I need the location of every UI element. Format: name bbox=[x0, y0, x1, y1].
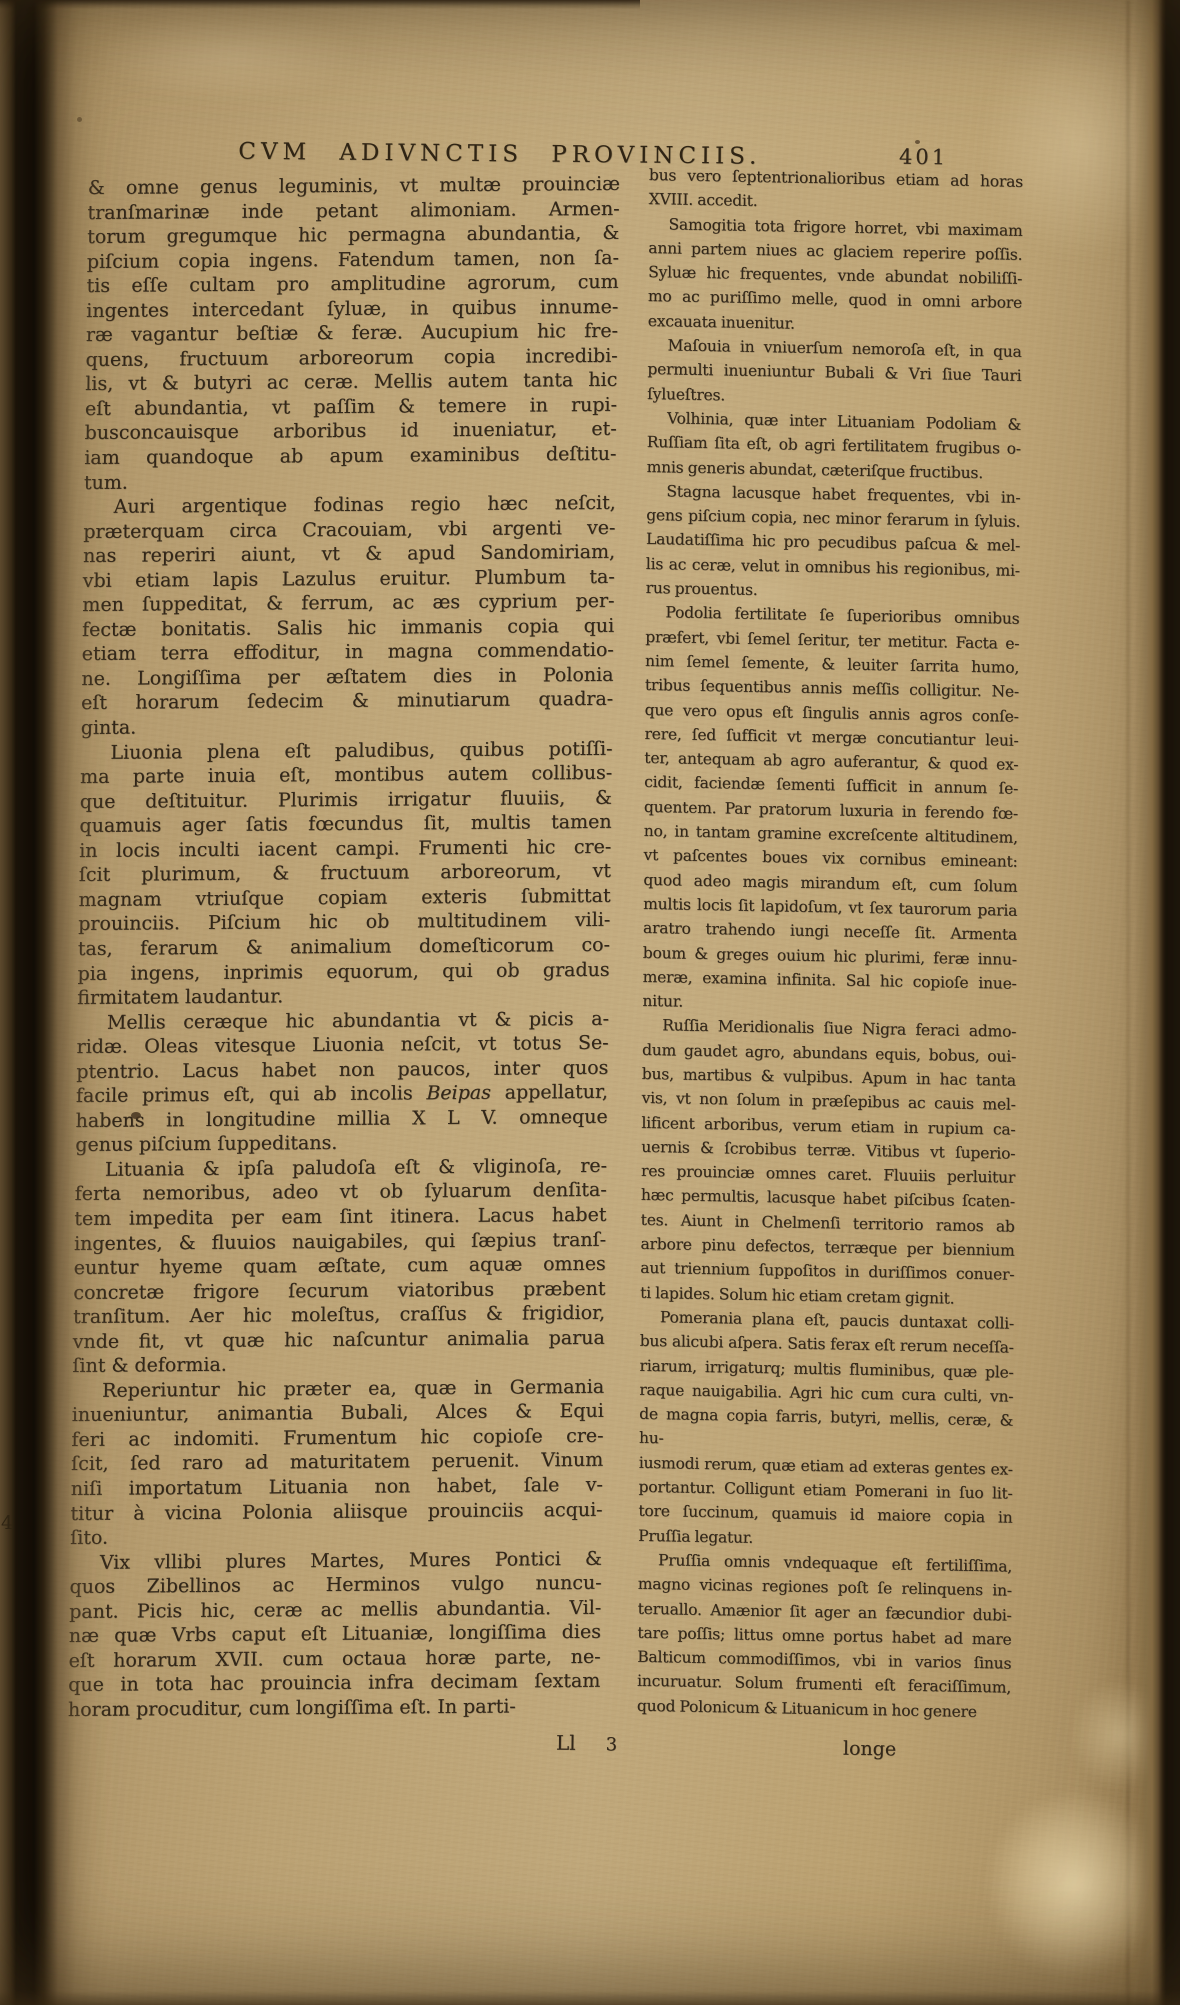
book-page: CVM ADIVNCTIS PROVINCIIS. 401 & omne gen… bbox=[0, 0, 1180, 2005]
paragraph: Samogitia tota frigore horret, vbi maxim… bbox=[648, 212, 1023, 340]
signature-number: 3 bbox=[606, 1734, 618, 1755]
text-line: Auri argentique fodinas regio hæc neſcit… bbox=[84, 491, 616, 520]
ink-fleck bbox=[915, 140, 920, 144]
paragraph: Maſouia in vniuerſum nemoroſa eſt, in qu… bbox=[647, 333, 1022, 413]
paragraph: Liuonia plena eſt paludibus, quibus poti… bbox=[77, 736, 613, 1010]
ink-fleck bbox=[77, 117, 82, 122]
text-line: ma parte inuia eſt, montibus autem colli… bbox=[80, 761, 612, 790]
paragraph: Pomerania plana eſt, paucis duntaxat col… bbox=[638, 1305, 1014, 1555]
text-line: euntur hyeme quam æſtate, cum aquæ omnes bbox=[74, 1252, 606, 1281]
paper-stain bbox=[95, 8, 365, 103]
text-line: iam quandoque ab apum examinibus deſtitu… bbox=[84, 442, 616, 471]
text-line: habens in longitudine millia X L V. omne… bbox=[75, 1105, 607, 1134]
text-line: niſi importatum Lituania non habet, ſale… bbox=[71, 1473, 603, 1502]
text-line: torum gregumque hic permagna abundantia,… bbox=[87, 221, 619, 250]
paragraph: Ruſſia Meridionalis ſiue Nigra feraci ad… bbox=[640, 1013, 1016, 1311]
text-line: & omne genus leguminis, vt multæ prouinc… bbox=[88, 172, 620, 201]
paragraph: Pruſſia omnis vndequaque eſt fertiliſſim… bbox=[637, 1548, 1012, 1725]
paragraph: Podolia fertilitate ſe ſuperioribus omni… bbox=[642, 600, 1019, 1020]
text-line: vnde fit, vt quæ hic naſcuntur animalia … bbox=[73, 1325, 605, 1354]
text-column-right: bus vero ſeptentrionalioribus etiam ad h… bbox=[637, 163, 1023, 1725]
text-line: tas, ferarum & animalium domeſticorum co… bbox=[78, 933, 610, 962]
page-crease bbox=[1126, 0, 1130, 2005]
text-line: tranſitum. Aer hic moleſtus, craſſus & f… bbox=[73, 1301, 605, 1330]
paragraph: Reperiuntur hic præter ea, quæ in German… bbox=[70, 1375, 604, 1551]
photo-frame: CVM ADIVNCTIS PROVINCIIS. 401 & omne gen… bbox=[0, 0, 1180, 2005]
text-line: horam procuditur, cum longiſſima eſt. In… bbox=[68, 1694, 600, 1723]
text-line: de magna copia farris, butyri, mellis, c… bbox=[639, 1402, 1013, 1457]
catchword: longe bbox=[843, 1738, 897, 1761]
paper-stain bbox=[1070, 1680, 1170, 1790]
paragraph: Volhinia, quæ inter Lituaniam Podoliam &… bbox=[647, 406, 1022, 486]
paragraph: bus vero ſeptentrionalioribus etiam ad h… bbox=[649, 163, 1023, 218]
signature-mark: Ll3 bbox=[556, 1731, 617, 1756]
text-line: tem impedita per eam ſint itinera. Lacus… bbox=[74, 1203, 606, 1232]
paragraph: Stagna lacusque habet frequentes, vbi in… bbox=[646, 479, 1021, 607]
facing-page-fragment: 4 bbox=[1, 1512, 13, 1534]
text-line: pia ingens, inprimis equorum, qui ob gra… bbox=[77, 957, 609, 986]
text-line: ridæ. Oleas vitesque Liuonia neſcit, vt … bbox=[76, 1031, 608, 1060]
top-edge-shadow bbox=[0, 0, 640, 9]
text-line: que in tota hac prouincia infra decimam … bbox=[68, 1669, 600, 1698]
paragraph: Auri argentique fodinas regio hæc neſcit… bbox=[81, 491, 616, 741]
text-line: eſt horarum ſedecim & minutiarum quadra- bbox=[81, 687, 613, 716]
paragraph: Mellis ceræque hic abundantia vt & picis… bbox=[75, 1006, 609, 1157]
paragraph: Lituania & ipſa paludoſa eſt & vliginoſa… bbox=[72, 1154, 607, 1379]
paper-stain bbox=[985, 1790, 1165, 1980]
bottom-edge-shadow bbox=[0, 1991, 1180, 2005]
page-number: 401 bbox=[899, 145, 949, 170]
paragraph: & omne genus leguminis, vt multæ prouinc… bbox=[84, 172, 620, 495]
paragraph: Vix vllibi plures Martes, Mures Pontici … bbox=[68, 1546, 602, 1722]
text-line: titur à vicina Polonia aliisque prouinci… bbox=[70, 1497, 602, 1526]
fore-edge-shadow bbox=[1134, 0, 1180, 2005]
text-column-left: & omne genus leguminis, vt multæ prouinc… bbox=[68, 172, 620, 1723]
text-line: quos Zibellinos ac Herminos vulgo nuncu- bbox=[69, 1571, 601, 1600]
signature-letters: Ll bbox=[556, 1731, 576, 1755]
